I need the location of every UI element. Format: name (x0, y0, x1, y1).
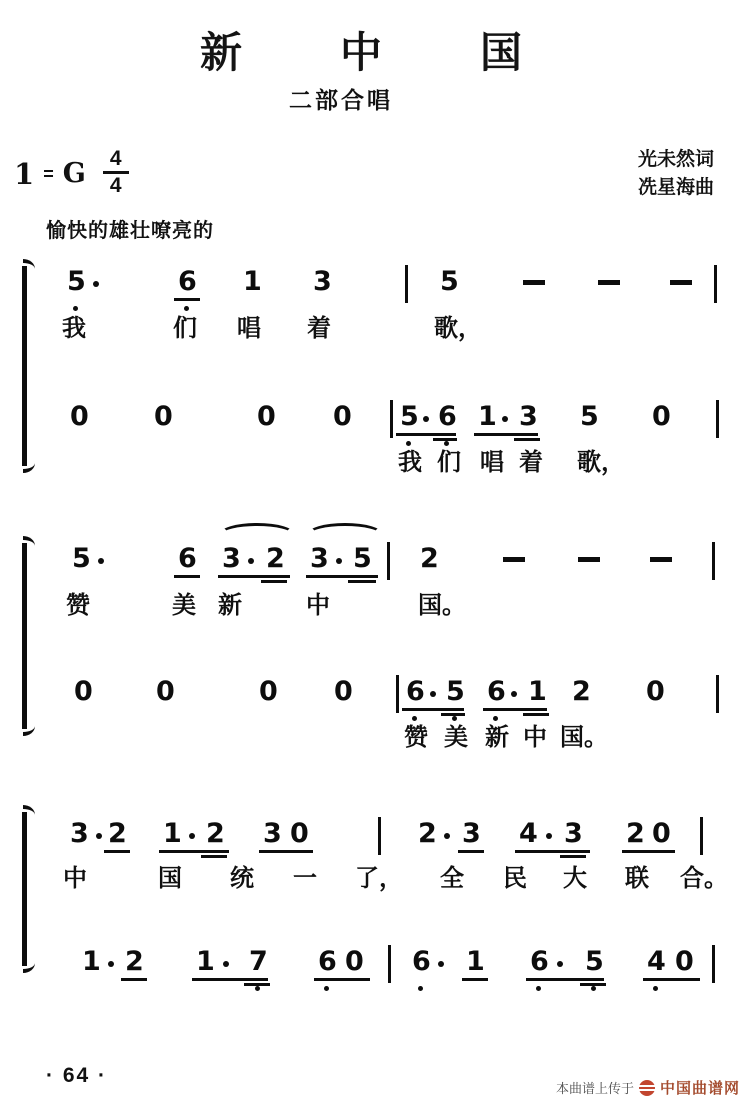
beam-underline (396, 433, 456, 436)
barline (378, 817, 381, 855)
note-digit: 3 (222, 545, 241, 572)
note-digit: 3 (564, 820, 583, 847)
lyric-char: 统 (230, 866, 254, 892)
note-digit: 2 (572, 678, 591, 705)
barline (396, 675, 399, 713)
note-digit: 3 (313, 268, 332, 295)
octave-dot-low (493, 716, 498, 721)
note-digit: 6 (412, 948, 431, 975)
held-note-dash (503, 557, 525, 562)
lyric-char: 美 (172, 593, 196, 619)
beam-underline (104, 850, 130, 853)
note-digit: 3 (310, 545, 329, 572)
note-digit: 2 (626, 820, 645, 847)
lyric-char: 我 (62, 316, 86, 342)
beam-underline (483, 708, 547, 711)
rest-digit: 0 (70, 403, 89, 430)
beam-underline (560, 855, 586, 858)
beam-underline (462, 978, 488, 981)
sheet-music-page: 新中国 二部合唱 1 = G 4 4 光未然词 冼星海曲 愉快的雄壮嘹亮的 56… (0, 0, 750, 1114)
octave-dot-low (406, 441, 411, 446)
octave-dot-low (536, 986, 541, 991)
rhythm-dot (438, 961, 444, 967)
beam-underline (474, 433, 538, 436)
octave-dot-low (444, 441, 449, 446)
note-digit: 5 (400, 403, 419, 430)
page-number: · 64 · (46, 1064, 107, 1088)
beam-underline (174, 575, 200, 578)
lyric-char: 歌， (434, 316, 482, 342)
note-digit: 3 (263, 820, 282, 847)
beam-underline (348, 580, 376, 583)
note-digit: 5 (72, 545, 91, 572)
rhythm-dot (93, 281, 99, 287)
qupu-site-logo-icon (639, 1080, 655, 1096)
octave-dot-low (418, 986, 423, 991)
octave-dot-low (73, 306, 78, 311)
note-digit: 6 (530, 948, 549, 975)
note-digit: 4 (647, 948, 666, 975)
note-digit: 6 (487, 678, 506, 705)
watermark-prefix-text: 本曲谱上传于 (556, 1078, 634, 1097)
system-brace (22, 266, 27, 466)
octave-dot-low (324, 986, 329, 991)
beam-underline (580, 983, 606, 986)
beam-underline (643, 978, 700, 981)
beam-underline (526, 978, 604, 981)
note-digit: 2 (418, 820, 437, 847)
rest-digit: 0 (154, 403, 173, 430)
lyric-char: 唱 (237, 316, 261, 342)
score: 56135我们唱着歌，0000561350我们唱着歌，5632352赞美新中国。… (0, 0, 750, 1114)
beam-underline (201, 855, 227, 858)
beam-underline (306, 575, 378, 578)
beam-underline (174, 298, 200, 301)
lyric-char: 们 (437, 450, 461, 476)
rest-digit: 0 (345, 948, 364, 975)
rest-digit: 0 (675, 948, 694, 975)
note-digit: 1 (528, 678, 547, 705)
lyric-char: 国。 (418, 593, 466, 619)
beam-underline (244, 983, 270, 986)
barline (405, 265, 408, 303)
held-note-dash (523, 280, 545, 285)
rest-digit: 0 (652, 403, 671, 430)
lyric-char: 民 (503, 866, 527, 892)
system-brace (22, 543, 27, 729)
beam-underline (622, 850, 675, 853)
lyric-char: 美 (444, 725, 468, 751)
octave-dot-low (184, 306, 189, 311)
beam-underline (402, 708, 464, 711)
note-digit: 4 (519, 820, 538, 847)
lyric-char: 新 (485, 725, 509, 751)
note-digit: 6 (406, 678, 425, 705)
note-digit: 2 (420, 545, 439, 572)
rhythm-dot (108, 961, 114, 967)
held-note-dash (598, 280, 620, 285)
note-digit: 1 (82, 948, 101, 975)
note-digit: 5 (440, 268, 459, 295)
rhythm-dot (511, 691, 517, 697)
rhythm-dot (430, 691, 436, 697)
beam-underline (259, 850, 313, 853)
beam-underline (515, 850, 590, 853)
note-digit: 1 (196, 948, 215, 975)
note-digit: 3 (519, 403, 538, 430)
note-digit: 6 (438, 403, 457, 430)
slur-arc (219, 523, 295, 546)
lyric-char: 全 (440, 866, 464, 892)
rhythm-dot (546, 833, 552, 839)
note-digit: 5 (353, 545, 372, 572)
note-digit: 5 (67, 268, 86, 295)
lyric-char: 合。 (680, 866, 728, 892)
rhythm-dot (189, 833, 195, 839)
note-digit: 6 (178, 268, 197, 295)
barline (390, 400, 393, 438)
barline (387, 542, 390, 580)
note-digit: 1 (466, 948, 485, 975)
rhythm-dot (98, 558, 104, 564)
rhythm-dot (96, 833, 102, 839)
watermark: 本曲谱上传于 中国曲谱网 (556, 1077, 740, 1098)
note-digit: 2 (206, 820, 225, 847)
rest-digit: 0 (646, 678, 665, 705)
rhythm-dot (223, 961, 229, 967)
octave-dot-low (412, 716, 417, 721)
barline (716, 675, 719, 713)
barline (388, 945, 391, 983)
rhythm-dot (557, 961, 563, 967)
lyric-char: 着 (519, 450, 543, 476)
lyric-char: 唱 (480, 450, 504, 476)
note-digit: 3 (70, 820, 89, 847)
lyric-char: 联 (625, 866, 649, 892)
rhythm-dot (248, 558, 254, 564)
note-digit: 5 (580, 403, 599, 430)
note-digit: 6 (318, 948, 337, 975)
note-digit: 1 (243, 268, 262, 295)
rest-digit: 0 (257, 403, 276, 430)
note-digit: 2 (108, 820, 127, 847)
note-digit: 2 (125, 948, 144, 975)
rest-digit: 0 (290, 820, 309, 847)
rest-digit: 0 (74, 678, 93, 705)
octave-dot-low (653, 986, 658, 991)
barline (716, 400, 719, 438)
rest-digit: 0 (652, 820, 671, 847)
octave-dot-low (255, 986, 260, 991)
beam-underline (441, 713, 465, 716)
barline (700, 817, 703, 855)
rhythm-dot (336, 558, 342, 564)
note-digit: 7 (249, 948, 268, 975)
beam-underline (261, 580, 287, 583)
beam-underline (433, 438, 457, 441)
lyric-char: 新 (218, 593, 242, 619)
lyric-char: 国 (158, 866, 182, 892)
rest-digit: 0 (259, 678, 278, 705)
rhythm-dot (502, 416, 508, 422)
rest-digit: 0 (156, 678, 175, 705)
note-digit: 2 (266, 545, 285, 572)
lyric-char: 中 (523, 725, 547, 751)
beam-underline (314, 978, 370, 981)
watermark-site-name: 中国曲谱网 (660, 1077, 740, 1098)
system-brace (22, 812, 27, 966)
beam-underline (159, 850, 229, 853)
lyric-char: 歌， (577, 450, 625, 476)
lyric-char: 国。 (560, 725, 608, 751)
note-digit: 6 (178, 545, 197, 572)
lyric-char: 们 (173, 316, 197, 342)
barline (712, 945, 715, 983)
octave-dot-low (591, 986, 596, 991)
note-digit: 1 (163, 820, 182, 847)
held-note-dash (578, 557, 600, 562)
lyric-char: 大 (563, 866, 587, 892)
note-digit: 5 (446, 678, 465, 705)
lyric-char: 一 (293, 866, 317, 892)
lyric-char: 赞 (404, 725, 428, 751)
rhythm-dot (423, 416, 429, 422)
beam-underline (121, 978, 147, 981)
rhythm-dot (444, 833, 450, 839)
rest-digit: 0 (334, 678, 353, 705)
beam-underline (458, 850, 484, 853)
beam-underline (218, 575, 290, 578)
note-digit: 5 (585, 948, 604, 975)
beam-underline (514, 438, 540, 441)
lyric-char: 着 (307, 316, 331, 342)
lyric-char: 赞 (66, 593, 90, 619)
slur-arc (307, 523, 383, 546)
note-digit: 3 (462, 820, 481, 847)
lyric-char: 我 (398, 450, 422, 476)
held-note-dash (650, 557, 672, 562)
barline (714, 265, 717, 303)
rest-digit: 0 (333, 403, 352, 430)
lyric-char: 了， (355, 866, 403, 892)
barline (712, 542, 715, 580)
beam-underline (192, 978, 268, 981)
held-note-dash (670, 280, 692, 285)
note-digit: 1 (478, 403, 497, 430)
beam-underline (523, 713, 549, 716)
octave-dot-low (452, 716, 457, 721)
lyric-char: 中 (306, 593, 330, 619)
lyric-char: 中 (63, 866, 87, 892)
